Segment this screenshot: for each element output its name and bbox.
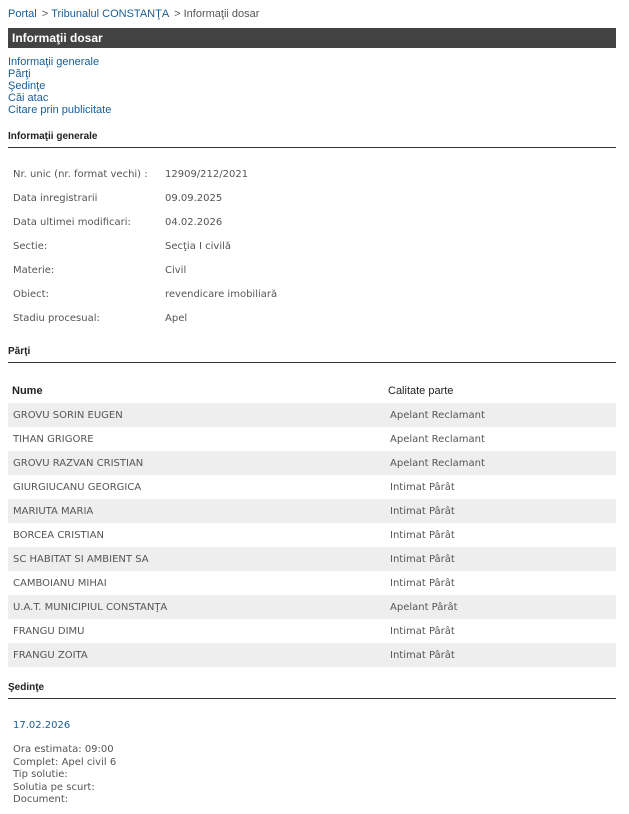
table-row: FRANGU DIMUIntimat Pârât bbox=[8, 619, 616, 643]
info-label: Obiect: bbox=[13, 289, 165, 300]
column-header-nume: Nume bbox=[8, 379, 386, 403]
section-nav: Informaţii generale Părţi Şedinţe Căi at… bbox=[8, 56, 111, 116]
info-label: Data ultimei modificari: bbox=[13, 217, 165, 228]
party-name: FRANGU ZOITA bbox=[8, 643, 386, 667]
party-name: CAMBOIANU MIHAI bbox=[8, 571, 386, 595]
sedinta-detail-line: Ora estimata: 09:00 bbox=[13, 744, 116, 757]
nav-link-informatii-generale[interactable]: Informaţii generale bbox=[8, 56, 111, 68]
breadcrumb-tribunal[interactable]: Tribunalul CONSTANŢA bbox=[51, 8, 169, 20]
info-row: Nr. unic (nr. format vechi) :12909/212/2… bbox=[13, 169, 248, 180]
info-label: Sectie: bbox=[13, 241, 165, 252]
party-role: Intimat Pârât bbox=[386, 475, 616, 499]
info-row: Data ultimei modificari:04.02.2026 bbox=[13, 217, 222, 228]
sedinta-date: 17.02.2026 bbox=[13, 720, 70, 731]
sedinta-detail-line: Tip solutie: bbox=[13, 769, 116, 782]
table-row: GROVU RAZVAN CRISTIANApelant Reclamant bbox=[8, 451, 616, 475]
table-row: FRANGU ZOITAIntimat Pârât bbox=[8, 643, 616, 667]
sedinta-detail-line: Solutia pe scurt: bbox=[13, 782, 116, 795]
party-role: Apelant Pârât bbox=[386, 595, 616, 619]
parti-table: Nume Calitate parte GROVU SORIN EUGENApe… bbox=[8, 379, 616, 667]
nav-link-parti[interactable]: Părţi bbox=[8, 68, 111, 80]
party-name: FRANGU DIMU bbox=[8, 619, 386, 643]
party-name: BORCEA CRISTIAN bbox=[8, 523, 386, 547]
breadcrumb-portal[interactable]: Portal bbox=[8, 8, 37, 20]
info-row: Stadiu procesual:Apel bbox=[13, 313, 187, 324]
party-name: GROVU RAZVAN CRISTIAN bbox=[8, 451, 386, 475]
sedinta-detail-line: Document: bbox=[13, 794, 116, 807]
section-heading-parti: Părţi bbox=[8, 346, 616, 363]
table-row: U.A.T. MUNICIPIUL CONSTANŢAApelant Pârât bbox=[8, 595, 616, 619]
info-value: 04.02.2026 bbox=[165, 217, 222, 228]
info-value: revendicare imobiliară bbox=[165, 289, 277, 300]
page-title: Informaţii dosar bbox=[8, 28, 616, 48]
info-label: Nr. unic (nr. format vechi) : bbox=[13, 169, 165, 180]
info-value: Apel bbox=[165, 313, 187, 324]
party-role: Intimat Pârât bbox=[386, 523, 616, 547]
table-row: SC HABITAT SI AMBIENT SAIntimat Pârât bbox=[8, 547, 616, 571]
info-label: Data inregistrarii bbox=[13, 193, 165, 204]
info-row: Obiect:revendicare imobiliară bbox=[13, 289, 277, 300]
breadcrumb: Portal>Tribunalul CONSTANŢA>Informaţii d… bbox=[8, 8, 259, 20]
info-row: Data inregistrarii09.09.2025 bbox=[13, 193, 222, 204]
party-role: Intimat Pârât bbox=[386, 499, 616, 523]
sedinta-detail-line: Complet: Apel civil 6 bbox=[13, 757, 116, 770]
table-row: CAMBOIANU MIHAIIntimat Pârât bbox=[8, 571, 616, 595]
party-role: Apelant Reclamant bbox=[386, 403, 616, 427]
section-heading-informatii-generale: Informaţii generale bbox=[8, 131, 616, 148]
party-name: SC HABITAT SI AMBIENT SA bbox=[8, 547, 386, 571]
info-value: 09.09.2025 bbox=[165, 193, 222, 204]
party-name: U.A.T. MUNICIPIUL CONSTANŢA bbox=[8, 595, 386, 619]
table-row: BORCEA CRISTIANIntimat Pârât bbox=[8, 523, 616, 547]
breadcrumb-separator: > bbox=[174, 8, 180, 20]
info-label: Materie: bbox=[13, 265, 165, 276]
party-name: GIURGIUCANU GEORGICA bbox=[8, 475, 386, 499]
info-value: Secţia I civilă bbox=[165, 241, 231, 252]
party-role: Apelant Reclamant bbox=[386, 451, 616, 475]
info-label: Stadiu procesual: bbox=[13, 313, 165, 324]
breadcrumb-current: Informaţii dosar bbox=[184, 8, 260, 20]
table-header-row: Nume Calitate parte bbox=[8, 379, 616, 403]
info-row: Materie:Civil bbox=[13, 265, 186, 276]
party-role: Apelant Reclamant bbox=[386, 427, 616, 451]
info-value: 12909/212/2021 bbox=[165, 169, 248, 180]
party-name: MARIUTA MARIA bbox=[8, 499, 386, 523]
table-row: GIURGIUCANU GEORGICAIntimat Pârât bbox=[8, 475, 616, 499]
table-row: TIHAN GRIGOREApelant Reclamant bbox=[8, 427, 616, 451]
party-role: Intimat Pârât bbox=[386, 571, 616, 595]
info-value: Civil bbox=[165, 265, 186, 276]
table-row: GROVU SORIN EUGENApelant Reclamant bbox=[8, 403, 616, 427]
table-row: MARIUTA MARIAIntimat Pârât bbox=[8, 499, 616, 523]
party-role: Intimat Pârât bbox=[386, 547, 616, 571]
party-role: Intimat Pârât bbox=[386, 619, 616, 643]
party-name: TIHAN GRIGORE bbox=[8, 427, 386, 451]
nav-link-citare[interactable]: Citare prin publicitate bbox=[8, 104, 111, 116]
nav-link-sedinte[interactable]: Şedinţe bbox=[8, 80, 111, 92]
info-row: Sectie:Secţia I civilă bbox=[13, 241, 231, 252]
section-heading-sedinte: Şedinţe bbox=[8, 682, 616, 699]
party-name: GROVU SORIN EUGEN bbox=[8, 403, 386, 427]
sedinta-details: Ora estimata: 09:00Complet: Apel civil 6… bbox=[13, 744, 116, 807]
nav-link-cai-atac[interactable]: Căi atac bbox=[8, 92, 111, 104]
party-role: Intimat Pârât bbox=[386, 643, 616, 667]
breadcrumb-separator: > bbox=[42, 8, 48, 20]
column-header-calitate: Calitate parte bbox=[386, 379, 616, 403]
